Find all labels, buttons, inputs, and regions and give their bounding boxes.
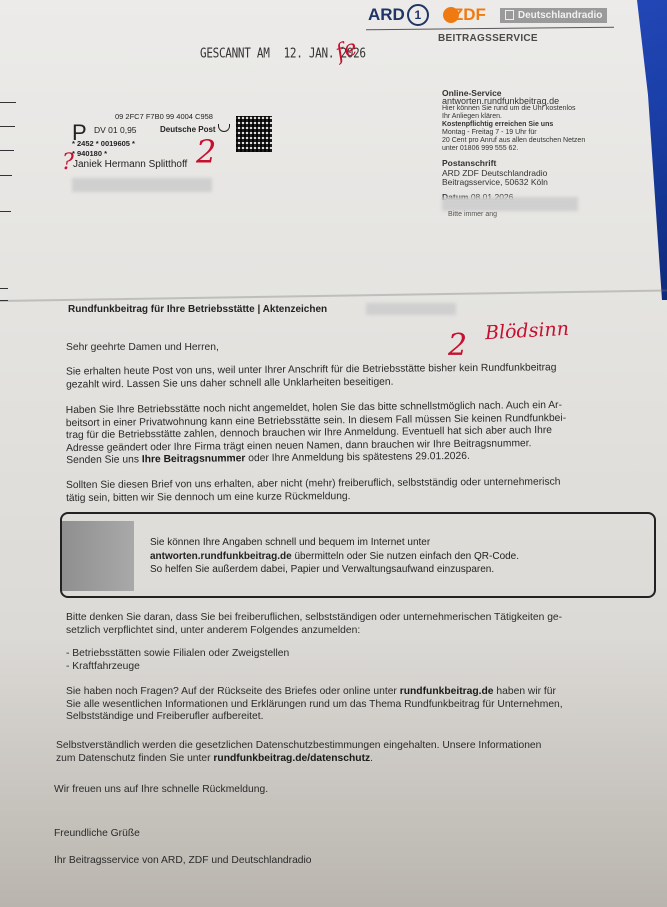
paragraph-1: Sie erhalten heute Post von uns, weil un…	[66, 361, 656, 391]
margin-mark	[0, 300, 8, 301]
postage-code: 09 2FC7 F7B0 99 4004 C958	[115, 112, 213, 121]
privacy-link[interactable]: rundfunkbeitrag.de/datenschutz	[213, 753, 370, 764]
ard-one-icon: 1	[407, 4, 429, 26]
paragraph-7: Wir freuen uns auf Ihre schnelle Rückmel…	[54, 784, 644, 797]
rundfunkbeitrag-link[interactable]: rundfunkbeitrag.de	[400, 686, 494, 697]
sender-info: Online-Service antworten.rundfunkbeitrag…	[442, 89, 632, 201]
margin-mark	[0, 211, 11, 212]
margin-mark	[0, 150, 14, 151]
recipient-name: Janiek Hermann Splitthoff	[73, 159, 187, 170]
post-horn-icon	[218, 124, 230, 132]
paragraph-5: Sie haben noch Fragen? Auf der Rückseite…	[66, 686, 656, 724]
routing-codes: * 2452 * 0019605 * * 940180 *	[72, 139, 135, 159]
salutation: Sehr geehrte Damen und Herren,	[66, 342, 656, 355]
paragraph-4: Bitte denken Sie daran, dass Sie bei fre…	[66, 612, 656, 637]
list-item: - Betriebsstätten sowie Filialen oder Zw…	[66, 648, 656, 661]
margin-mark	[0, 126, 15, 127]
deutschlandradio-icon	[505, 10, 514, 20]
zdf-logo: ZDF	[443, 5, 486, 25]
redacted-address	[72, 178, 212, 192]
margin-mark	[0, 288, 8, 289]
redacted-qr-code	[62, 521, 134, 591]
letter-subject: Rundfunkbeitrag für Ihre Betriebsstätte …	[68, 304, 327, 315]
department-name: BEITRAGSSERVICE	[438, 33, 538, 44]
broadcaster-logos: ARD 1 ZDF Deutschlandradio	[368, 4, 607, 26]
redacted-reference	[442, 197, 578, 211]
online-service-url: antworten.rundfunkbeitrag.de	[442, 97, 632, 105]
paragraph-6: Selbstverständlich werden die gesetzlich…	[56, 740, 646, 765]
postage-value: DV 01 0,95	[94, 125, 137, 135]
registration-list: - Betriebsstätten sowie Filialen oder Zw…	[66, 648, 656, 673]
pen-mark-two: 2	[196, 133, 216, 171]
redacted-file-number	[366, 303, 456, 315]
pen-mark-question: ?	[62, 150, 74, 175]
paragraph-2: Haben Sie Ihre Betriebsstätte noch nicht…	[66, 399, 657, 468]
handwritten-note: Blödsinn	[484, 318, 569, 344]
datamatrix-code	[236, 116, 272, 152]
paragraph-3: Sollten Sie diesen Brief von uns erhalte…	[66, 476, 656, 505]
closing: Freundliche Grüße	[54, 828, 644, 841]
signature: Ihr Beitragsservice von ARD, ZDF und Deu…	[54, 855, 644, 868]
online-service-link[interactable]: antworten.rundfunkbeitrag.de	[150, 551, 292, 562]
deutsche-post-mark: Deutsche Post	[160, 124, 230, 134]
list-item: - Kraftfahrzeuge	[66, 661, 656, 674]
ard-logo: ARD 1	[368, 4, 429, 26]
postal-address: Postanschrift ARD ZDF Deutschlandradio B…	[442, 159, 632, 188]
deutschlandradio-logo: Deutschlandradio	[500, 8, 607, 23]
margin-mark	[0, 102, 16, 103]
margin-mark	[0, 175, 12, 176]
online-info-text: Sie können Ihre Angaben schnell und bequ…	[150, 536, 519, 577]
